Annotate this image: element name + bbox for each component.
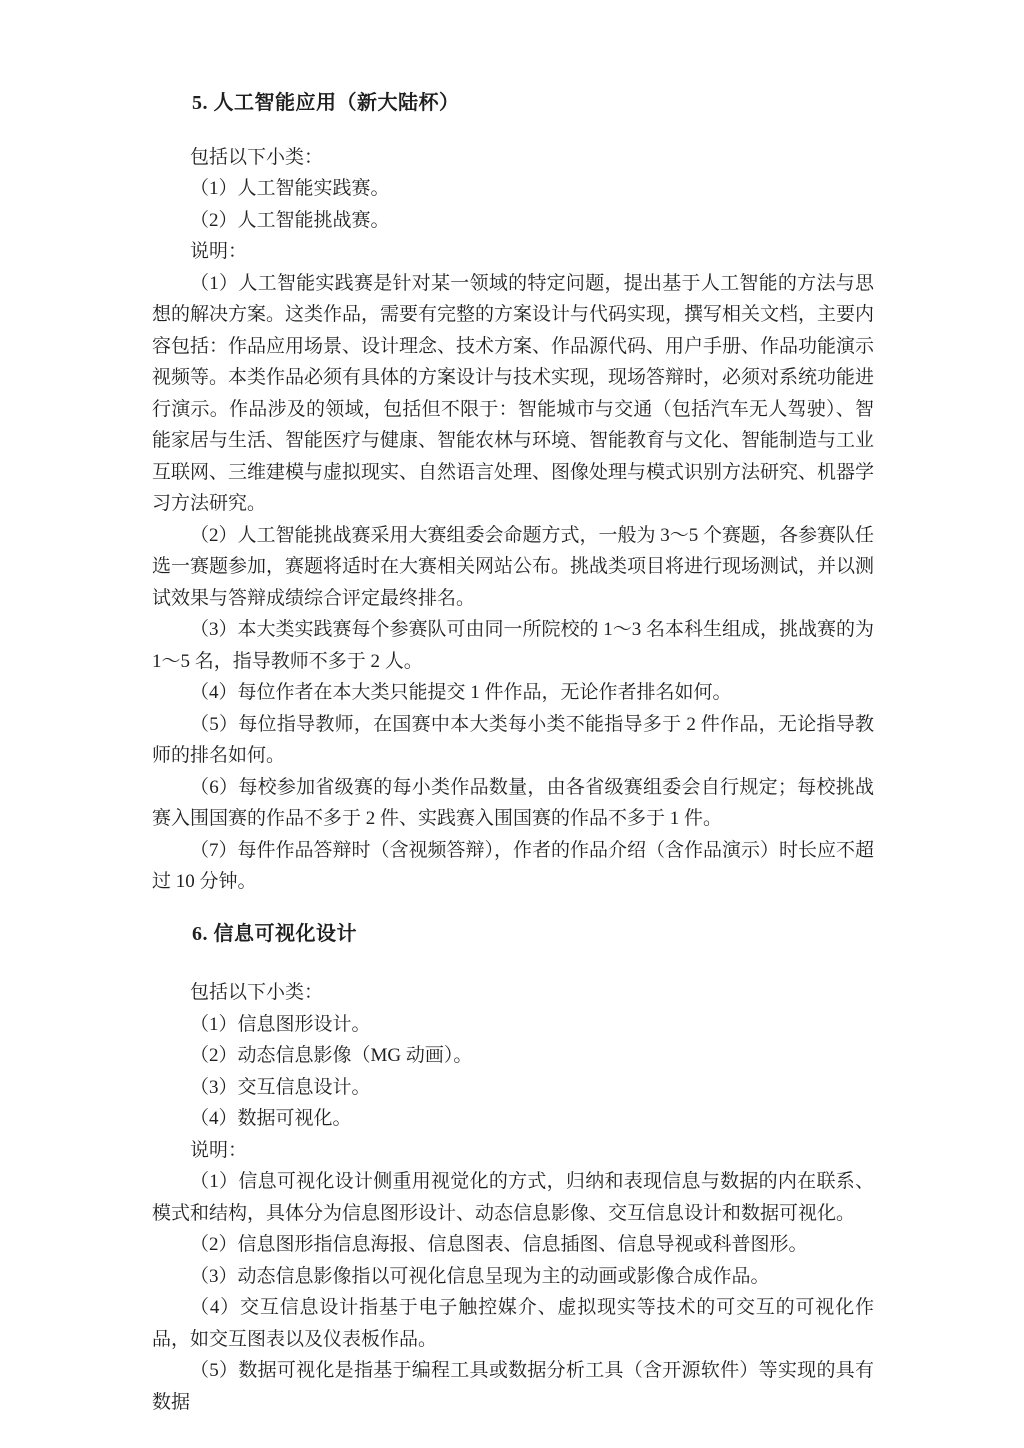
- notes-label: 说明：: [152, 1135, 874, 1167]
- subcategory-item: （2）人工智能挑战赛。: [152, 205, 874, 237]
- note-paragraph: （4）每位作者在本大类只能提交 1 件作品，无论作者排名如何。: [152, 677, 874, 709]
- note-paragraph: （5）数据可视化是指基于编程工具或数据分析工具（含开源软件）等实现的具有数据: [152, 1355, 874, 1418]
- note-paragraph: （3）动态信息影像指以可视化信息呈现为主的动画或影像合成作品。: [152, 1261, 874, 1293]
- section-heading: 6. 信息可视化设计: [152, 919, 874, 951]
- note-paragraph: （1）信息可视化设计侧重用视觉化的方式，归纳和表现信息与数据的内在联系、模式和结…: [152, 1166, 874, 1229]
- subcategory-intro: 包括以下小类：: [152, 977, 874, 1009]
- note-paragraph: （5）每位指导教师，在国赛中本大类每小类不能指导多于 2 件作品，无论指导教师的…: [152, 709, 874, 772]
- subcategory-item: （3）交互信息设计。: [152, 1072, 874, 1104]
- note-paragraph: （2）人工智能挑战赛采用大赛组委会命题方式，一般为 3～5 个赛题，各参赛队任选…: [152, 520, 874, 615]
- subcategory-item: （4）数据可视化。: [152, 1103, 874, 1135]
- note-paragraph: （1）人工智能实践赛是针对某一领域的特定问题，提出基于人工智能的方法与思想的解决…: [152, 268, 874, 520]
- document-page: 5. 人工智能应用（新大陆杯） 包括以下小类： （1）人工智能实践赛。 （2）人…: [0, 0, 1024, 1448]
- note-paragraph: （2）信息图形指信息海报、信息图表、信息插图、信息导视或科普图形。: [152, 1229, 874, 1261]
- subcategory-item: （1）信息图形设计。: [152, 1009, 874, 1041]
- note-paragraph: （3）本大类实践赛每个参赛队可由同一所院校的 1～3 名本科生组成，挑战赛的为 …: [152, 614, 874, 677]
- section-information-visualization: 6. 信息可视化设计 包括以下小类： （1）信息图形设计。 （2）动态信息影像（…: [152, 919, 874, 1419]
- subcategory-item: （2）动态信息影像（MG 动画）。: [152, 1040, 874, 1072]
- section-heading: 5. 人工智能应用（新大陆杯）: [152, 88, 874, 120]
- note-paragraph: （4）交互信息设计指基于电子触控媒介、虚拟现实等技术的可交互的可视化作品，如交互…: [152, 1292, 874, 1355]
- note-paragraph: （7）每件作品答辩时（含视频答辩），作者的作品介绍（含作品演示）时长应不超过 1…: [152, 835, 874, 898]
- subcategory-intro: 包括以下小类：: [152, 142, 874, 174]
- subcategory-item: （1）人工智能实践赛。: [152, 173, 874, 205]
- section-ai-application: 5. 人工智能应用（新大陆杯） 包括以下小类： （1）人工智能实践赛。 （2）人…: [152, 88, 874, 898]
- note-paragraph: （6）每校参加省级赛的每小类作品数量，由各省级赛组委会自行规定；每校挑战赛入围国…: [152, 772, 874, 835]
- notes-label: 说明：: [152, 236, 874, 268]
